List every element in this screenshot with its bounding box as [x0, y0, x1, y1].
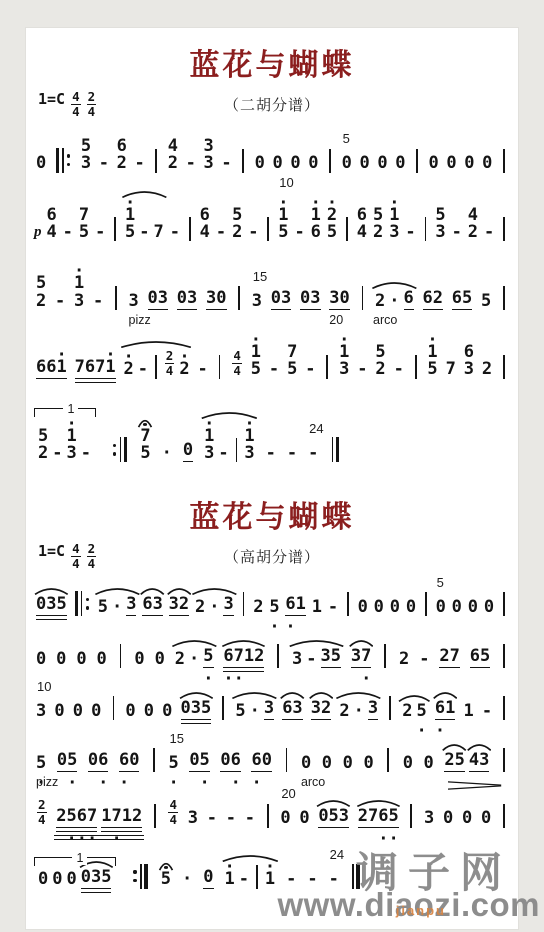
time-signature: 44	[232, 349, 242, 378]
number-column: 5	[79, 224, 89, 241]
number-column: 2	[482, 361, 492, 378]
note-token: 0	[390, 599, 400, 616]
technique-label: arco	[373, 313, 397, 327]
note-number: 3	[389, 224, 399, 241]
barline	[503, 217, 505, 241]
note-stack: 32	[169, 596, 189, 616]
note-token: 0	[255, 155, 265, 172]
number-column: 5	[251, 361, 261, 378]
note-number: 63	[282, 700, 302, 720]
note-number: 0	[374, 599, 384, 616]
number-column: 30	[329, 290, 349, 310]
note-stack: 52	[373, 207, 383, 242]
note-token: 62	[423, 290, 443, 310]
note-stack: 03	[177, 290, 197, 310]
technique-label: 20	[329, 313, 343, 327]
number-column: 0	[377, 155, 387, 172]
barline	[242, 149, 244, 173]
music-glyph	[133, 879, 136, 882]
note-token: 42	[168, 138, 178, 173]
number-column: 2	[339, 703, 349, 720]
barline	[503, 804, 505, 828]
note-stack: -	[226, 810, 236, 827]
note-stack: -	[287, 445, 297, 462]
note-token: 053	[318, 808, 349, 828]
note-token: 62	[117, 138, 127, 173]
number-column: 3	[36, 703, 46, 720]
number-column: 0	[280, 810, 290, 827]
number-column: 3	[464, 361, 474, 378]
number-column: 03	[148, 290, 168, 310]
number-column: 4	[46, 224, 56, 241]
number-column: 3	[292, 651, 302, 668]
note-token: 0	[343, 755, 353, 772]
number-column: ·1	[67, 420, 77, 445]
note-number: -	[218, 445, 228, 462]
music-glyph	[67, 163, 70, 166]
note-stack: ·15	[125, 199, 135, 242]
note-token: ·	[182, 871, 192, 888]
note-token: 30	[206, 290, 226, 310]
note-token: 0	[56, 651, 66, 668]
note-token: 0	[183, 442, 193, 462]
note-token: 3	[368, 700, 378, 720]
note-stack: ·	[112, 599, 122, 616]
number-column: -	[452, 224, 462, 241]
measure-number: 20	[281, 786, 295, 801]
note-token: 310	[36, 703, 46, 720]
number-column: 43	[469, 752, 489, 772]
number-column: -	[81, 445, 91, 462]
note-token: -	[207, 810, 217, 827]
number-column: 03	[271, 290, 291, 310]
note-number: -	[221, 155, 231, 172]
note-stack: 03	[148, 290, 168, 310]
note-stack: 0	[67, 871, 77, 888]
score-title: 蓝花与蝴蝶	[34, 40, 510, 84]
note-stack: 5	[481, 293, 491, 310]
note-number: 5	[79, 224, 89, 241]
number-column: 0	[464, 155, 474, 172]
number-column: 06 ·	[88, 752, 108, 772]
number-column: ·1	[225, 863, 235, 888]
note-token: 5	[98, 599, 108, 616]
number-column: ·	[189, 651, 199, 668]
octave-dot-below: ·	[57, 773, 77, 781]
barline	[222, 696, 224, 720]
note-number: 06	[220, 752, 240, 772]
note-token: -	[482, 703, 492, 720]
note-number: 0	[403, 755, 413, 772]
note-token: 63	[142, 596, 162, 616]
note-stack: ·16	[311, 199, 321, 242]
number-column: 3	[264, 700, 274, 720]
note-stack: 0	[468, 599, 478, 616]
note-number: -	[134, 155, 144, 172]
note-token: 0	[359, 155, 369, 172]
note-number: -	[269, 361, 279, 378]
number-column: 0	[36, 651, 46, 668]
note-number: 035	[181, 700, 212, 720]
note-stack: 0	[406, 599, 416, 616]
note-number: -	[216, 224, 226, 241]
note-stack: ·	[389, 293, 399, 310]
note-token: -	[305, 361, 315, 378]
note-number: -	[308, 445, 318, 462]
note-token: 65	[470, 648, 490, 668]
note-token: 2	[399, 651, 409, 668]
number-column: -	[197, 361, 207, 378]
fermata-icon	[158, 858, 174, 869]
number-column: -	[245, 810, 255, 827]
barline	[154, 804, 156, 828]
number-column: 0	[273, 155, 283, 172]
number-column: 65	[470, 648, 490, 668]
note-number: 2	[36, 293, 46, 310]
note-number: 0	[280, 810, 290, 827]
note-token: 64	[200, 207, 210, 242]
note-stack: 30	[329, 290, 349, 310]
octave-dot-below: ···	[56, 829, 97, 837]
note-token: 25	[444, 752, 464, 772]
number-column: ·	[354, 703, 364, 720]
number-column: 0	[76, 651, 86, 668]
number-column: ·661	[36, 351, 67, 379]
note-stack: ·	[250, 703, 260, 720]
note-stack: 2765 ··	[358, 808, 399, 828]
note-stack: 61·	[435, 700, 455, 720]
number-column: 0	[73, 703, 83, 720]
number-column: 0	[446, 155, 456, 172]
note-number: -	[63, 224, 73, 241]
music-glyph	[144, 864, 147, 889]
note-number: 5	[481, 293, 491, 310]
note-number: 60	[251, 752, 271, 772]
number-column: 63	[282, 700, 302, 720]
number-column: 0	[36, 155, 46, 172]
note-number: 0	[56, 651, 66, 668]
barline	[219, 355, 221, 379]
note-number: 62	[423, 290, 443, 310]
note-token: 03	[271, 290, 291, 310]
note-stack: 3	[126, 596, 136, 616]
note-token: ·15	[251, 336, 261, 379]
note-stack: -	[138, 361, 148, 378]
music-glyph: 4	[232, 349, 242, 364]
note-number: 0	[484, 599, 494, 616]
measure-number: 10	[37, 679, 51, 694]
number-column: 5	[287, 361, 297, 378]
note-number: 053	[318, 808, 349, 828]
note-number: 32	[311, 700, 331, 720]
slur-group: ·1-·1	[223, 863, 278, 888]
note-number: -	[419, 651, 429, 668]
note-number: 60	[119, 752, 139, 772]
note-token: ·	[209, 599, 219, 616]
number-column: ·1	[339, 336, 349, 361]
note-token: 0	[299, 810, 309, 827]
note-token: 035	[181, 700, 212, 720]
note-number: 2	[399, 651, 409, 668]
note-token: 63	[282, 700, 302, 720]
number-column: 4	[357, 224, 367, 241]
slur-group: 2·6arco	[373, 290, 416, 310]
number-column: 0	[308, 155, 318, 172]
music-line: 5·pizz05 ·06 ·60· 5·1505 ·06 ·60· 0arco0…	[34, 746, 510, 772]
number-column: 32	[169, 596, 189, 616]
note-stack: 0	[482, 155, 492, 172]
note-number: 2	[179, 361, 189, 378]
number-column: ·	[209, 599, 219, 616]
note-number: 30	[206, 290, 226, 310]
note-stack: 053	[318, 808, 349, 828]
note-number: 3	[188, 810, 198, 827]
note-number: 37	[351, 648, 371, 668]
note-token: 2765 ··	[358, 808, 399, 828]
note-stack: 2	[402, 703, 412, 720]
note-token: -	[306, 651, 316, 668]
fermata-icon	[137, 415, 153, 426]
note-token: -	[81, 445, 91, 462]
note-number: -	[248, 224, 258, 241]
note-token: 64	[357, 207, 367, 242]
note-token: 3	[126, 596, 136, 616]
number-column: 2	[253, 599, 263, 616]
number-column: -	[405, 224, 415, 241]
note-stack: 63	[282, 700, 302, 720]
note-token: 0	[406, 599, 416, 616]
music-line: 242567 ···1712 · 443---02000532765 ··300…	[34, 798, 510, 828]
number-column: 32	[311, 700, 331, 720]
note-token: -	[357, 361, 367, 378]
note-stack: -	[245, 810, 255, 827]
note-token: 33	[204, 138, 214, 173]
note-stack: 27	[439, 648, 459, 668]
note-stack: 75	[140, 428, 150, 463]
note-token: 3	[223, 596, 233, 616]
note-token: 0	[125, 703, 135, 720]
note-token: ·	[250, 703, 260, 720]
note-number: ·	[112, 599, 122, 616]
note-stack: ·15	[278, 199, 288, 242]
note-stack: 035	[81, 869, 112, 889]
note-stack: ·13	[74, 267, 84, 310]
note-number: 2	[375, 293, 385, 310]
number-column: -	[394, 361, 404, 378]
number-column: 2	[168, 155, 178, 172]
note-token: 2	[375, 293, 385, 310]
note-token: 52	[232, 207, 242, 242]
note-stack: -	[63, 224, 73, 241]
music-glyph	[140, 864, 142, 889]
octave-dot-below: ·	[435, 721, 455, 729]
barline	[415, 355, 417, 379]
note-number: -	[357, 361, 367, 378]
note-stack: 0	[403, 755, 413, 772]
number-column: -	[357, 361, 367, 378]
note-number: 0	[52, 871, 62, 888]
note-stack: 64	[357, 207, 367, 242]
note-stack: 0	[390, 599, 400, 616]
octave-dot-below: ·	[88, 773, 108, 781]
note-stack: 2	[175, 651, 185, 668]
note-stack: 42	[468, 207, 478, 242]
note-stack: 0	[36, 155, 46, 172]
music-glyph: 4	[232, 364, 242, 378]
note-number: 5	[287, 361, 297, 378]
note-stack: ·2	[179, 353, 189, 378]
note-number: 4	[200, 224, 210, 241]
part-subtitle: （高胡分谱）	[34, 546, 510, 567]
note-token: 0	[308, 155, 318, 172]
note-token: ·661	[36, 351, 67, 379]
number-column: ·	[162, 445, 172, 462]
number-column: 0	[468, 599, 478, 616]
note-token: ·7671	[75, 351, 116, 379]
note-token: 05	[342, 155, 352, 172]
note-stack: 2	[482, 361, 492, 378]
note-token: 0	[91, 703, 101, 720]
note-number: 1	[265, 871, 275, 888]
note-stack: ·15	[251, 336, 261, 379]
barline	[155, 149, 157, 173]
note-number: -	[266, 445, 276, 462]
note-token: ·1	[225, 863, 235, 888]
note-token: -	[226, 810, 236, 827]
dynamic-mark: p	[34, 224, 42, 241]
note-token: 0	[155, 651, 165, 668]
number-column: 2	[375, 293, 385, 310]
note-number: -	[394, 361, 404, 378]
note-stack: 0	[134, 651, 144, 668]
note-token: 3	[188, 810, 198, 827]
note-stack: 2	[339, 703, 349, 720]
note-number: -	[139, 224, 149, 241]
number-column: 27	[439, 648, 459, 668]
note-stack: 30	[206, 290, 226, 310]
number-column: 3	[81, 155, 91, 172]
note-number: 0	[358, 599, 368, 616]
note-stack: 0	[73, 703, 83, 720]
note-number: 0	[443, 810, 453, 827]
number-column: ·1	[427, 336, 437, 361]
note-token: -24	[308, 445, 318, 462]
music-line: 0000002·5·6712·· 3-3537 ·2-2765	[34, 642, 510, 668]
volta-label: 1	[72, 851, 87, 865]
note-stack: 035	[181, 700, 212, 720]
note-stack: 0	[429, 155, 439, 172]
note-number: 3	[435, 224, 445, 241]
barline	[387, 748, 389, 772]
note-token: -	[216, 224, 226, 241]
note-token: 5·pizz	[36, 755, 46, 772]
slur-group: ·13-·13	[202, 420, 257, 463]
note-stack: 75	[79, 207, 89, 242]
note-token: ·	[112, 599, 122, 616]
note-number: 6	[311, 224, 321, 241]
number-column: -	[248, 224, 258, 241]
number-column: 3	[67, 445, 77, 462]
number-column: ·1	[265, 863, 275, 888]
note-number: -	[138, 361, 148, 378]
note-group: 2543	[442, 752, 491, 772]
note-stack: 5	[98, 599, 108, 616]
note-stack: ·7671	[75, 351, 116, 379]
number-column: -	[134, 155, 144, 172]
note-token: 315	[252, 293, 262, 310]
number-column: 0	[134, 651, 144, 668]
note-stack: -	[95, 224, 105, 241]
note-token: 5	[235, 703, 245, 720]
note-number: 0	[290, 155, 300, 172]
note-stack: 03	[300, 290, 320, 310]
note-token: ·1510	[278, 199, 288, 242]
number-column: ·	[182, 871, 192, 888]
note-number: 05	[189, 752, 209, 772]
note-token: 03	[177, 290, 197, 310]
note-token: 0	[464, 155, 474, 172]
number-column: 0	[54, 703, 64, 720]
slur-group: 5·3	[96, 596, 139, 616]
barline	[189, 217, 191, 241]
number-column: 2	[117, 155, 127, 172]
note-token: 2	[175, 651, 185, 668]
note-number: 0	[76, 651, 86, 668]
volta-label: 1	[63, 402, 78, 416]
note-stack: 6	[404, 290, 414, 310]
note-token: 0	[377, 155, 387, 172]
number-column: 06 ·	[220, 752, 240, 772]
note-token: 3	[424, 810, 434, 827]
number-column: 5·	[168, 755, 178, 772]
note-number: 2	[253, 599, 263, 616]
number-column: -	[294, 224, 304, 241]
note-stack: 0	[424, 755, 434, 772]
note-token: ·25	[327, 199, 337, 242]
note-number: 0	[468, 599, 478, 616]
note-stack: 0	[183, 442, 193, 462]
number-column: 5	[140, 445, 150, 462]
note-number: 06	[88, 752, 108, 772]
note-number: 0	[363, 755, 373, 772]
number-column: 0	[125, 703, 135, 720]
note-token: ·	[389, 293, 399, 310]
slur-group: 2·3	[193, 596, 236, 616]
note-stack: 2	[253, 599, 263, 616]
note-token: ·2	[123, 353, 133, 378]
note-stack: -	[328, 599, 338, 616]
music-glyph	[56, 148, 59, 173]
number-column: 0	[429, 155, 439, 172]
barline	[267, 804, 269, 828]
note-stack: 6712··	[223, 648, 264, 668]
note-number: 0	[446, 155, 456, 172]
octave-dot-below: ·	[269, 617, 279, 625]
note-stack: -	[134, 155, 144, 172]
note-stack: 33	[204, 138, 214, 173]
note-stack: 0	[484, 599, 494, 616]
note-stack: 0	[436, 599, 446, 616]
note-stack: -	[482, 703, 492, 720]
note-stack: 0	[322, 755, 332, 772]
number-column: -	[305, 361, 315, 378]
note-number: 5	[161, 871, 171, 888]
note-token: 0	[424, 755, 434, 772]
note-token: 2	[339, 703, 349, 720]
note-stack: 3	[368, 700, 378, 720]
note-token: 37 ·	[351, 648, 371, 668]
number-column: 5·	[36, 755, 46, 772]
